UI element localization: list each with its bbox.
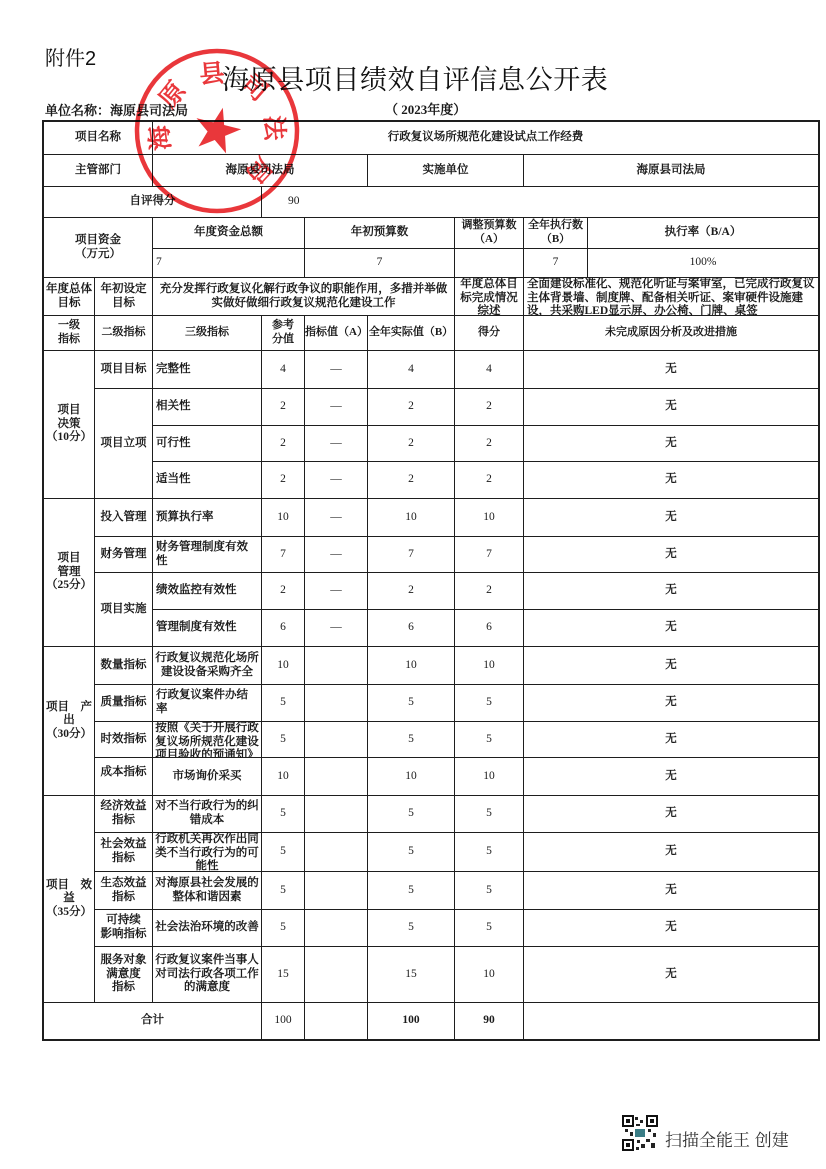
level3-cell: 财务管理制度有效性 [153, 537, 262, 573]
cell-text: 10 [370, 770, 452, 784]
reason-cell: 无 [524, 573, 820, 610]
cell-text: 无 [526, 968, 816, 982]
cell-text: 无 [526, 770, 816, 784]
funds-executed: 7 [524, 249, 588, 278]
cell-text: 5 [264, 845, 302, 859]
target-value-cell [305, 910, 368, 947]
level1-cell: 项目 管理 （25分） [44, 499, 95, 647]
level2-cell: 可持续 影响指标 [95, 910, 153, 947]
level1-cell: 项目 效 益 （35分） [44, 796, 95, 1003]
attachment-label: 附件2 [45, 42, 96, 71]
cell-text: 参考 分值 [262, 319, 304, 346]
score-cell: 10 [455, 499, 524, 537]
actual-value-cell: 5 [368, 872, 455, 910]
ref-score-cell: 2 [262, 462, 305, 499]
goal-summary-label: 年度总体目 标完成情况 综述 [455, 278, 524, 316]
reason-cell: 无 [524, 351, 820, 389]
cell-text: 15 [264, 968, 302, 982]
score-cell: 2 [455, 573, 524, 610]
level1-cell: 项目 产 出 （30分） [44, 647, 95, 796]
actual-value-cell: 2 [368, 426, 455, 462]
reason-cell: 无 [524, 910, 820, 947]
cell-text: 5 [264, 921, 302, 935]
cell-text: 无 [526, 621, 816, 635]
cell-text: 社会效益 指标 [97, 838, 150, 865]
level2-cell: 时效指标 [95, 722, 153, 758]
cell-text: 2 [264, 473, 302, 487]
level3-cell: 按照《关于开展行政 复议场所规范化建设 项目验收的预通知》 [153, 722, 262, 758]
cell-text: 5 [457, 807, 521, 821]
cell-text: 服务对象 满意度 指标 [97, 954, 150, 995]
reason-cell: 无 [524, 872, 820, 910]
score-cell: 5 [455, 910, 524, 947]
cell-text: 财务管理制度有效性 [156, 541, 259, 568]
level3-cell: 管理制度有效性 [153, 610, 262, 647]
cell-text: 绩效监控有效性 [156, 584, 259, 598]
ref-score-cell: 2 [262, 573, 305, 610]
cell-text: 海原县司法局 [526, 164, 816, 178]
cell-text: 财务管理 [97, 548, 150, 562]
header-level1: 一级 指标 [44, 316, 95, 351]
cell-text: 4 [370, 363, 452, 377]
annual-goal-label: 年度总体 目标 [44, 278, 95, 316]
cell-text: 6 [370, 621, 452, 635]
level2-cell: 项目实施 [95, 573, 153, 647]
ref-score-cell: 5 [262, 872, 305, 910]
cell-text: 执行率（B/A） [590, 226, 816, 240]
seal-char: 原 [154, 77, 192, 114]
initial-goal-text: 充分发挥行政复议化解行政争议的职能作用，多措并举做实做好做细行政复议规范化建设工… [153, 278, 455, 316]
ref-score-cell: 5 [262, 796, 305, 833]
actual-value-cell: 6 [368, 610, 455, 647]
reason-cell: 无 [524, 499, 820, 537]
target-value-cell [305, 796, 368, 833]
level2-cell: 经济效益 指标 [95, 796, 153, 833]
report-year: （ 2023年度） [385, 99, 466, 118]
cell-text: 项目实施 [97, 603, 150, 617]
seal-char: 法 [259, 115, 288, 142]
actual-value-cell: 2 [368, 389, 455, 426]
actual-value-cell: 2 [368, 462, 455, 499]
target-value-cell [305, 872, 368, 910]
funds-header-annual-total: 年度资金总额 [153, 218, 305, 249]
cell-text: — [307, 584, 365, 598]
cell-text: 5 [370, 845, 452, 859]
cell-text: 三级指标 [153, 326, 261, 340]
score-cell: 2 [455, 389, 524, 426]
cell-text: 年初预算数 [307, 226, 452, 240]
level2-cell: 财务管理 [95, 537, 153, 573]
level3-cell: 绩效监控有效性 [153, 573, 262, 610]
target-value-cell [305, 647, 368, 685]
cell-text: 7 [370, 548, 452, 562]
cell-text: 行政复议规范化场所 建设设备采购齐全 [155, 652, 259, 679]
cell-text: 2 [457, 400, 521, 414]
ref-score-cell: 5 [262, 685, 305, 722]
seal-char: 司 [236, 69, 273, 107]
cell-text: 年度资金总额 [155, 226, 302, 240]
cell-text: 年度总体目 标完成情况 综述 [457, 278, 521, 316]
actual-value-cell: 4 [368, 351, 455, 389]
star-icon [190, 102, 245, 155]
reason-cell: 无 [524, 722, 820, 758]
reason-cell: 无 [524, 462, 820, 499]
actual-value-cell: 5 [368, 685, 455, 722]
cell-text: 无 [526, 696, 816, 710]
cell-text: 完整性 [156, 363, 259, 377]
cell-text: — [307, 437, 365, 451]
cell-text: 2 [457, 473, 521, 487]
reason-cell: 无 [524, 685, 820, 722]
actual-value-cell: 7 [368, 537, 455, 573]
cell-text: 无 [526, 437, 816, 451]
implementing-unit-label: 实施单位 [368, 155, 524, 187]
cell-text: 2 [264, 584, 302, 598]
ref-score-cell: 2 [262, 389, 305, 426]
cell-text: 2 [370, 584, 452, 598]
reason-cell: 无 [524, 647, 820, 685]
cell-text: 5 [370, 921, 452, 935]
cell-text: 90 [288, 195, 816, 209]
cell-text: 投入管理 [97, 511, 150, 525]
cell-text: 5 [457, 884, 521, 898]
ref-score-cell: 5 [262, 910, 305, 947]
ref-score-cell: 10 [262, 758, 305, 796]
cell-text: 二级指标 [95, 326, 152, 340]
cell-text: 无 [526, 921, 816, 935]
cell-text: 按照《关于开展行政 复议场所规范化建设 项目验收的预通知》 [155, 722, 259, 758]
cell-text: 2 [370, 437, 452, 451]
header-reason: 未完成原因分析及改进措施 [524, 316, 820, 351]
cell-text: 数量指标 [97, 659, 150, 673]
actual-value-cell: 10 [368, 499, 455, 537]
level3-cell: 行政复议案件当事人 对司法行政各项工作 的满意度 [153, 947, 262, 1003]
target-value-cell: — [305, 610, 368, 647]
funds-header-execution-rate: 执行率（B/A） [588, 218, 820, 249]
cell-text: — [307, 363, 365, 377]
ref-score-cell: 5 [262, 722, 305, 758]
cell-text: 无 [526, 511, 816, 525]
target-value-cell: — [305, 351, 368, 389]
level1-cell: 项目 决策 （10分） [44, 351, 95, 499]
cell-text: 10 [264, 659, 302, 673]
cell-text: 对不当行政行为的纠 错成本 [155, 800, 259, 827]
header-target-value: 指标值（A） [305, 316, 368, 351]
goal-summary-text: 全面建设标准化、规范化听证与案审室，已完成行政复议主体背景墙、制度牌、配备相关听… [524, 278, 820, 316]
target-value-cell: — [305, 426, 368, 462]
cell-text: 4 [264, 363, 302, 377]
target-value-cell: — [305, 389, 368, 426]
cell-text: 全年实际值（B） [368, 326, 454, 340]
target-value-cell [305, 685, 368, 722]
cell-text: 行政复议案件办结率 [156, 689, 259, 716]
cell-text: 无 [526, 363, 816, 377]
cell-text: 年度总体 目标 [46, 283, 92, 310]
cell-text: 无 [526, 584, 816, 598]
actual-value-cell: 5 [368, 833, 455, 872]
score-cell: 5 [455, 796, 524, 833]
score-cell: 10 [455, 647, 524, 685]
cell-text: 10 [457, 770, 521, 784]
reason-cell: 无 [524, 833, 820, 872]
total-score: 90 [455, 1003, 524, 1041]
target-value-cell: — [305, 537, 368, 573]
total-reason [524, 1003, 820, 1041]
cell-text: 指标值（A） [305, 326, 367, 340]
total-actual-value: 100 [368, 1003, 455, 1041]
cell-text: 5 [264, 884, 302, 898]
actual-value-cell: 15 [368, 947, 455, 1003]
funds-header-executed: 全年执行数 （B） [524, 218, 588, 249]
cell-text: 无 [526, 807, 816, 821]
funds-header-adjusted-budget: 调整预算数 （A） [455, 218, 524, 249]
cell-text: 100% [590, 256, 816, 270]
cell-text: 无 [526, 845, 816, 859]
score-cell: 5 [455, 685, 524, 722]
cell-text: 管理制度有效性 [156, 621, 259, 635]
cell-text: 合计 [46, 1014, 259, 1028]
funds-adjusted-budget [455, 249, 524, 278]
cell-text: 预算执行率 [156, 511, 259, 525]
actual-value-cell: 5 [368, 910, 455, 947]
level3-cell: 可行性 [153, 426, 262, 462]
ref-score-cell: 15 [262, 947, 305, 1003]
funds-header-initial-budget: 年初预算数 [305, 218, 455, 249]
level2-cell: 成本指标 [95, 758, 153, 796]
actual-value-cell: 10 [368, 758, 455, 796]
level2-cell: 服务对象 满意度 指标 [95, 947, 153, 1003]
cell-text: 5 [264, 807, 302, 821]
target-value-cell: — [305, 573, 368, 610]
cell-text: 90 [457, 1014, 521, 1028]
cell-text: 社会法治环境的改善 [155, 921, 259, 935]
score-cell: 6 [455, 610, 524, 647]
cell-text: 2 [264, 400, 302, 414]
total-target-value [305, 1003, 368, 1041]
cell-text: 项目资金 （万元） [46, 234, 150, 261]
score-cell: 2 [455, 426, 524, 462]
level3-cell: 行政复议案件办结率 [153, 685, 262, 722]
cell-text: 10 [264, 770, 302, 784]
level3-cell: 预算执行率 [153, 499, 262, 537]
cell-text: 7 [264, 548, 302, 562]
cell-text: 得分 [455, 326, 523, 340]
score-cell: 7 [455, 537, 524, 573]
cell-text: 10 [457, 659, 521, 673]
project-funds-label: 项目资金 （万元） [44, 218, 153, 278]
score-cell: 10 [455, 947, 524, 1003]
cell-text: 项目 管理 （25分） [46, 552, 92, 593]
cell-text: 5 [457, 696, 521, 710]
level3-cell: 市场询价采买 [153, 758, 262, 796]
cell-text: 10 [457, 511, 521, 525]
cell-text: 项目目标 [97, 363, 150, 377]
cell-text: 未完成原因分析及改进措施 [524, 326, 818, 340]
score-cell: 5 [455, 722, 524, 758]
cell-text: 调整预算数 （A） [455, 219, 523, 246]
level2-cell: 社会效益 指标 [95, 833, 153, 872]
cell-text: 项目 效 益 （35分） [46, 879, 92, 920]
level3-cell: 相关性 [153, 389, 262, 426]
cell-text: 5 [457, 845, 521, 859]
target-value-cell: — [305, 462, 368, 499]
score-cell: 5 [455, 872, 524, 910]
cell-text: 无 [526, 659, 816, 673]
cell-text: 2 [457, 584, 521, 598]
header-score: 得分 [455, 316, 524, 351]
target-value-cell [305, 833, 368, 872]
target-value-cell: — [305, 499, 368, 537]
cell-text: 可行性 [156, 437, 259, 451]
cell-text: 5 [370, 807, 452, 821]
cell-text: — [307, 400, 365, 414]
cell-text: 5 [370, 696, 452, 710]
level3-cell: 对海原县社会发展的 整体和谐因素 [153, 872, 262, 910]
cell-text: 7 [307, 256, 452, 270]
ref-score-cell: 2 [262, 426, 305, 462]
cell-text: 经济效益 指标 [97, 800, 150, 827]
cell-text: 7 [526, 256, 585, 270]
level3-cell: 社会法治环境的改善 [153, 910, 262, 947]
cell-text: 全面建设标准化、规范化听证与案审室，已完成行政复议主体背景墙、制度牌、配备相关听… [527, 278, 816, 316]
level3-cell: 行政复议规范化场所 建设设备采购齐全 [153, 647, 262, 685]
official-seal: 海原县司法局 [133, 47, 301, 215]
cell-text: 10 [370, 659, 452, 673]
cell-text: 10 [370, 511, 452, 525]
cell-text: 时效指标 [97, 733, 150, 747]
qr-code-icon [622, 1115, 658, 1151]
cell-text: 10 [264, 511, 302, 525]
cell-text: 5 [370, 884, 452, 898]
cell-text: 项目 产 出 （30分） [46, 701, 92, 742]
score-cell: 5 [455, 833, 524, 872]
cell-text: 无 [526, 733, 816, 747]
actual-value-cell: 10 [368, 647, 455, 685]
total-label: 合计 [44, 1003, 262, 1041]
cell-text: 5 [264, 696, 302, 710]
cell-text: 15 [370, 968, 452, 982]
target-value-cell [305, 722, 368, 758]
cell-text: 无 [526, 884, 816, 898]
cell-text: 行政复议案件当事人 对司法行政各项工作 的满意度 [155, 954, 259, 995]
score-cell: 10 [455, 758, 524, 796]
level3-cell: 对不当行政行为的纠 错成本 [153, 796, 262, 833]
cell-text: 5 [457, 921, 521, 935]
ref-score-cell: 4 [262, 351, 305, 389]
cell-text: 4 [457, 363, 521, 377]
scanner-watermark: 扫描全能王 创建 [665, 1126, 789, 1151]
reason-cell: 无 [524, 426, 820, 462]
cell-text: 充分发挥行政复议化解行政争议的职能作用，多措并举做实做好做细行政复议规范化建设工… [155, 283, 452, 310]
header-level2: 二级指标 [95, 316, 153, 351]
actual-value-cell: 5 [368, 796, 455, 833]
cell-text: 6 [457, 621, 521, 635]
initial-goal-label: 年初设定 目标 [95, 278, 153, 316]
cell-text: 市场询价采买 [155, 770, 259, 784]
cell-text: 一级 指标 [44, 319, 94, 346]
header-ref-score: 参考 分值 [262, 316, 305, 351]
cell-text: 6 [264, 621, 302, 635]
level2-cell: 投入管理 [95, 499, 153, 537]
level2-cell: 质量指标 [95, 685, 153, 722]
cell-text: 2 [370, 400, 452, 414]
total-ref-score: 100 [262, 1003, 305, 1041]
reason-cell: 无 [524, 947, 820, 1003]
cell-text: 行政机关再次作出同 类不当行政行为的可 能性 [155, 833, 259, 872]
level3-cell: 适当性 [153, 462, 262, 499]
funds-execution-rate: 100% [588, 249, 820, 278]
cell-text: — [307, 548, 365, 562]
level2-cell: 项目目标 [95, 351, 153, 389]
cell-text: 7 [457, 548, 521, 562]
cell-text: 5 [457, 733, 521, 747]
cell-text: — [307, 511, 365, 525]
cell-text: 100 [264, 1014, 302, 1028]
ref-score-cell: 6 [262, 610, 305, 647]
implementing-unit-value: 海原县司法局 [524, 155, 820, 187]
reason-cell: 无 [524, 758, 820, 796]
seal-char: 局 [240, 151, 278, 188]
cell-text: 2 [264, 437, 302, 451]
header-actual-value: 全年实际值（B） [368, 316, 455, 351]
level2-cell: 项目立项 [95, 389, 153, 499]
score-cell: 4 [455, 351, 524, 389]
level3-cell: 完整性 [153, 351, 262, 389]
cell-text: 7 [156, 256, 302, 270]
funds-annual-total: 7 [153, 249, 305, 278]
performance-table: 项目名称 行政复议场所规范化建设试点工作经费 主管部门 海原县司法局 实施单位 … [42, 120, 820, 1041]
cell-text: 质量指标 [97, 696, 150, 710]
cell-text: 生态效益 指标 [97, 877, 150, 904]
cell-text: 无 [526, 473, 816, 487]
header-level3: 三级指标 [153, 316, 262, 351]
score-cell: 2 [455, 462, 524, 499]
level3-cell: 行政机关再次作出同 类不当行政行为的可 能性 [153, 833, 262, 872]
cell-text: 10 [457, 968, 521, 982]
cell-text: 2 [370, 473, 452, 487]
self-score-value: 90 [262, 187, 820, 218]
ref-score-cell: 7 [262, 537, 305, 573]
target-value-cell [305, 758, 368, 796]
reason-cell: 无 [524, 389, 820, 426]
cell-text: 年初设定 目标 [97, 283, 150, 310]
reason-cell: 无 [524, 537, 820, 573]
target-value-cell [305, 947, 368, 1003]
cell-text: 对海原县社会发展的 整体和谐因素 [155, 877, 259, 904]
cell-text: 实施单位 [370, 164, 521, 178]
cell-text: — [307, 473, 365, 487]
cell-text: 项目立项 [97, 437, 150, 451]
ref-score-cell: 5 [262, 833, 305, 872]
cell-text: — [307, 621, 365, 635]
level2-cell: 数量指标 [95, 647, 153, 685]
cell-text: 全年执行数 （B） [524, 219, 587, 246]
cell-text: 无 [526, 548, 816, 562]
cell-text: 无 [526, 400, 816, 414]
level2-cell: 生态效益 指标 [95, 872, 153, 910]
actual-value-cell: 2 [368, 573, 455, 610]
cell-text: 5 [264, 733, 302, 747]
cell-text: 相关性 [156, 400, 259, 414]
cell-text: 100 [370, 1014, 452, 1028]
ref-score-cell: 10 [262, 647, 305, 685]
ref-score-cell: 10 [262, 499, 305, 537]
cell-text: 成本指标 [97, 766, 150, 780]
funds-initial-budget: 7 [305, 249, 455, 278]
seal-char: 海 [145, 123, 176, 152]
cell-text: 可持续 影响指标 [97, 914, 150, 941]
seal-char: 县 [198, 59, 225, 89]
